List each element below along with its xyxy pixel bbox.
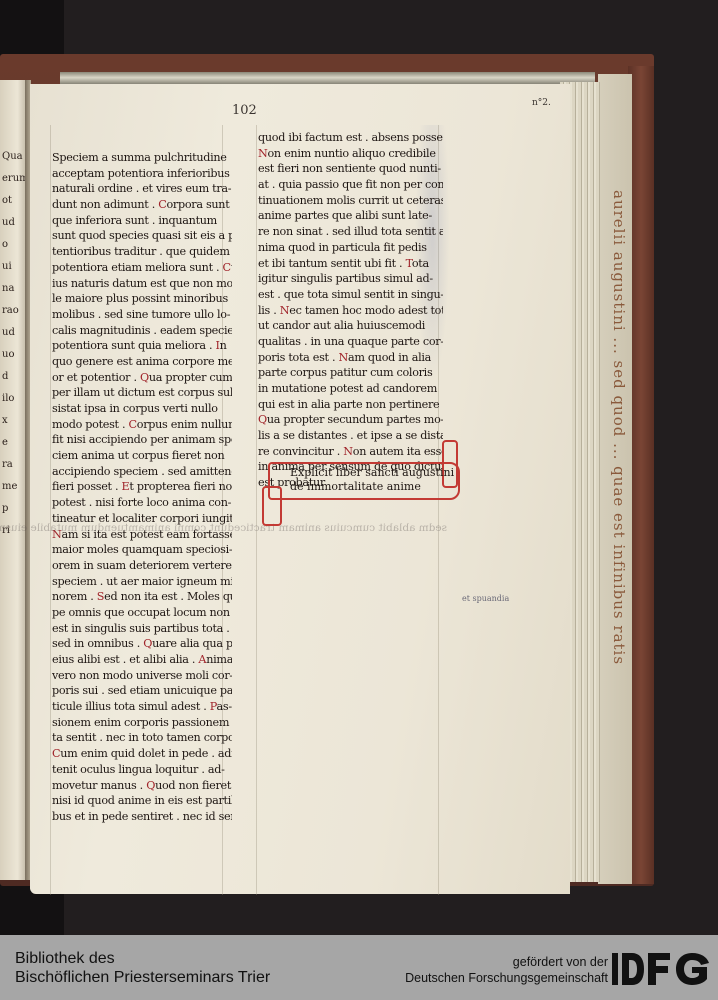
left-page-fragment: e	[2, 436, 8, 450]
text-line: tenit oculus lingua loquitur . ad-	[52, 762, 232, 778]
ghost-line: cedunt comni animam	[128, 522, 246, 534]
ruling-line	[50, 125, 51, 895]
text-line: naturali ordine . et vires eum tra-	[52, 181, 232, 197]
dfg-logo	[612, 953, 710, 985]
text-line: per illam ut dictum est corpus sub-	[52, 385, 232, 401]
funded-line-2: Deutschen Forschungsgemeinschaft	[405, 970, 608, 986]
left-page-fragment: Qua	[2, 150, 23, 164]
text-line: orem in suam deteriorem vertere	[52, 558, 232, 574]
text-line: poris sui . sed etiam unicuique par-	[52, 683, 232, 699]
text-line: lis . Nec tamen hoc modo adest tota .	[258, 303, 443, 319]
text-line: ius naturis datum est que non mo-	[52, 276, 232, 292]
text-line: at . quia passio que fit non per con-	[258, 177, 443, 193]
funding-credit: gefördert von der Deutschen Forschungsge…	[405, 954, 608, 986]
text-line: que inferiora sunt . inquantum	[52, 213, 232, 229]
text-line: quo genere est anima corpore meli-	[52, 354, 232, 370]
marginal-note: et spuandia	[462, 594, 509, 603]
text-line: potentiora sunt quia meliora . In	[52, 338, 232, 354]
spine-inscription: aurelii augustini ... sed quod ... quae …	[606, 190, 628, 710]
ghost-line: tuendum mutabile eius	[5, 522, 128, 534]
text-line: quod ibi factum est . absens posset	[258, 130, 443, 146]
library-line-2: Bischöflichen Priesterseminars Trier	[15, 968, 270, 987]
text-column-right: quod ibi factum est . absens possetNon e…	[258, 130, 443, 491]
text-line: in mutatione potest ad candorem	[258, 381, 443, 397]
ghost-line: mem distributione temporis	[0, 522, 5, 534]
text-line: potentiora etiam meliora sunt . Cu-	[52, 260, 232, 276]
library-name: Bibliothek des Bischöflichen Priestersem…	[15, 949, 270, 987]
text-line: calis magnitudinis . eadem specie	[52, 323, 232, 339]
text-line: sed in omnibus . Quare alia qua pars	[52, 636, 232, 652]
manuscript-scan: aurelii augustini ... sed quod ... quae …	[0, 0, 718, 935]
text-line: est in singulis suis partibus tota .	[52, 621, 232, 637]
explicit-line-2: de immortalitate anime	[290, 480, 454, 494]
text-line: or et potentior . Qua propter cum	[52, 370, 232, 386]
text-line: potest . nisi forte loco anima con-	[52, 495, 232, 511]
text-line: anime partes que alibi sunt late-	[258, 208, 443, 224]
text-line: lis a se distantes . et ipse a se dista-	[258, 428, 443, 444]
text-line: tinuationem molis currit ut ceteras	[258, 193, 443, 209]
text-line: vero non modo universe moli cor-	[52, 668, 232, 684]
left-page-fragment: me	[2, 480, 17, 494]
text-line: movetur manus . Quod non fieret	[52, 778, 232, 794]
left-page-fragment: ud	[2, 326, 15, 340]
text-line: nisi id quod anime in eis est partibus	[52, 793, 232, 809]
text-line: Cum enim quid dolet in pede . adi-	[52, 746, 232, 762]
text-line: ticule illius tota simul adest . Pas-	[52, 699, 232, 715]
text-line: speciem . ut aer maior igneum mi-	[52, 574, 232, 590]
text-line: sionem enim corporis passionem to-	[52, 715, 232, 731]
text-line: sistat ipsa in corpus verti nullo	[52, 401, 232, 417]
text-line: bus et in pede sentiret . nec id sentire	[52, 809, 232, 825]
folio-number: 102	[232, 103, 257, 118]
text-line: ut candor aut alia huiuscemodi	[258, 318, 443, 334]
ruling-line	[256, 125, 257, 895]
explicit-line-1: Explicit liber sancti augustini	[290, 466, 454, 480]
text-line: modo potest . Corpus enim nullum	[52, 417, 232, 433]
left-page: Quaerumotudouinaraouduodiloxeramepri	[0, 80, 25, 880]
left-page-fragment: ud	[2, 216, 15, 230]
text-line: parte corpus patitur cum coloris	[258, 365, 443, 381]
text-line: est . que tota simul sentit in singu-	[258, 287, 443, 303]
text-line: re convincitur . Non autem ita esse	[258, 444, 443, 460]
text-line: fit nisi accipiendo per animam spe-	[52, 432, 232, 448]
text-line: Qua propter secundum partes mo-	[258, 412, 443, 428]
show-through-text: sedm ablabit cumcuius animam tracticedun…	[262, 520, 447, 536]
text-line: Non enim nuntio aliquo credibile	[258, 146, 443, 162]
text-line: ta sentit . nec in toto tamen corpore	[52, 730, 232, 746]
text-line: accipiendo speciem . sed amittendo	[52, 464, 232, 480]
text-line: eius alibi est . et alibi alia . Anima	[52, 652, 232, 668]
left-page-fragment: ot	[2, 194, 12, 208]
ghost-line: sedm ablabit cum	[353, 522, 447, 534]
text-line: tentioribus traditur . que quidem	[52, 244, 232, 260]
text-line: pe omnis que occupat locum non	[52, 605, 232, 621]
text-line: Speciem a summa pulchritudine	[52, 150, 232, 166]
text-line: igitur singulis partibus simul ad-	[258, 271, 443, 287]
left-page-fragment: p	[2, 502, 8, 516]
text-line: re non sinat . sed illud tota sentit a-	[258, 224, 443, 240]
left-page-fragment: rao	[2, 304, 19, 318]
text-line: molibus . sed sine tumore ullo lo-	[52, 307, 232, 323]
text-line: poris tota est . Nam quod in alia	[258, 350, 443, 366]
text-column-left: Speciem a summa pulchritudineacceptam po…	[52, 150, 232, 825]
text-line: et ibi tantum sentit ubi fit . Tota	[258, 256, 443, 272]
left-page-fragment: o	[2, 238, 8, 252]
text-line: nima quod in particula fit pedis	[258, 240, 443, 256]
corner-mark: n°2.	[532, 98, 551, 108]
text-line: est fieri non sentiente quod nunti-	[258, 161, 443, 177]
text-line: fieri posset . Et propterea fieri non	[52, 479, 232, 495]
text-line: qualitas . in una quaque parte cor-	[258, 334, 443, 350]
text-line: norem . Sed non ita est . Moles quip-	[52, 589, 232, 605]
funded-line-1: gefördert von der	[405, 954, 608, 970]
left-page-fragment: na	[2, 282, 14, 296]
explicit-text: Explicit liber sancti augustini de immor…	[290, 466, 454, 494]
left-page-fragment: ra	[2, 458, 13, 472]
text-line: acceptam potentiora inferioribus	[52, 166, 232, 182]
text-line: maior moles quamquam speciosi-	[52, 542, 232, 558]
text-line: qui est in alia parte non pertinere	[258, 397, 443, 413]
text-line: dunt non adimunt . Corpora sunt	[52, 197, 232, 213]
left-page-fragment: d	[2, 370, 8, 384]
text-line: sunt quod species quasi sit eis a po-	[52, 228, 232, 244]
left-page-fragment: x	[2, 414, 8, 428]
text-line: le maiore plus possint minoribus	[52, 291, 232, 307]
library-line-1: Bibliothek des	[15, 949, 270, 968]
left-page-fragment: ui	[2, 260, 12, 274]
text-line: ciem anima ut corpus fieret non	[52, 448, 232, 464]
left-page-fragment: uo	[2, 348, 14, 362]
left-page-fragment: ilo	[2, 392, 14, 406]
